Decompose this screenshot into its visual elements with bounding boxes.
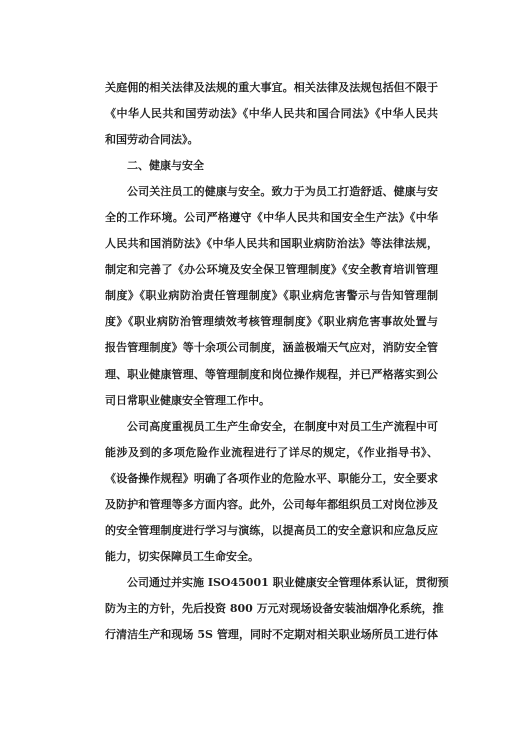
text-line: 公司通过并实施 ISO45001 职业健康安全管理体系认证，贯彻预	[105, 570, 438, 596]
paragraph-health-safety-policy: 公司关注员工的健康与安全。致力于为员工打造舒适、健康与安 全的工作环境。公司严格…	[105, 179, 438, 413]
section-heading-health-safety: 二、健康与安全	[105, 153, 438, 179]
text-line: 司日常职业健康安全管理工作中。	[105, 388, 438, 414]
text-line: 人民共和国消防法》《中华人民共和国职业病防治法》等法律法规，	[105, 231, 438, 257]
text-line: 和国劳动合同法》。	[105, 127, 438, 153]
text-line: 能力，切实保障员工生命安全。	[105, 544, 438, 570]
text-line: 行清洁生产和现场 5S 管理，同时不定期对相关职业场所员工进行体	[105, 622, 438, 648]
paragraph-iso45001: 公司通过并实施 ISO45001 职业健康安全管理体系认证，贯彻预 防为主的方针…	[105, 570, 438, 648]
text-line: 理、职业健康管理、等管理制度和岗位操作规程，并已严格落实到公	[105, 362, 438, 388]
text-line: 报告管理制度》等十余项公司制度，涵盖极端天气应对，消防安全管	[105, 335, 438, 361]
text-line: 《中华人民共和国劳动法》《中华人民共和国合同法》《中华人民共	[105, 101, 438, 127]
document-page: 关庭佣的相关法律及法规的重大事宜。相关法律及法规包括但不限于 《中华人民共和国劳…	[105, 75, 438, 648]
text-line: 度》《职业病防治管理绩效考核管理制度》《职业病危害事故处置与	[105, 309, 438, 335]
heading-text: 二、健康与安全	[127, 153, 438, 179]
text-line: 全的工作环境。公司严格遵守《中华人民共和国安全生产法》《中华	[105, 205, 438, 231]
text-line: 的安全管理制度进行学习与演练，以提高员工的安全意识和应急反应	[105, 518, 438, 544]
text-line: 关庭佣的相关法律及法规的重大事宜。相关法律及法规包括但不限于	[105, 75, 438, 101]
text-line: 制度》《职业病防治责任管理制度》《职业病危害警示与告知管理制	[105, 283, 438, 309]
text-line: 《设备操作规程》明确了各项作业的危险水平、职能分工，安全要求	[105, 466, 438, 492]
paragraph-labor-law: 关庭佣的相关法律及法规的重大事宜。相关法律及法规包括但不限于 《中华人民共和国劳…	[105, 75, 438, 153]
text-line: 及防护和管理等多方面内容。此外，公司每年都组织员工对岗位涉及	[105, 492, 438, 518]
text-line: 防为主的方针，先后投资 800 万元对现场设备安装油烟净化系统，推	[105, 596, 438, 622]
text-line: 公司关注员工的健康与安全。致力于为员工打造舒适、健康与安	[105, 179, 438, 205]
text-line: 制定和完善了《办公环境及安全保卫管理制度》《安全教育培训管理	[105, 257, 438, 283]
text-line: 公司高度重视员工生产生命安全，在制度中对员工生产流程中可	[105, 414, 438, 440]
text-line: 能涉及到的多项危险作业流程进行了详尽的规定，《作业指导书》、	[105, 440, 438, 466]
paragraph-production-safety: 公司高度重视员工生产生命安全，在制度中对员工生产流程中可 能涉及到的多项危险作业…	[105, 414, 438, 570]
